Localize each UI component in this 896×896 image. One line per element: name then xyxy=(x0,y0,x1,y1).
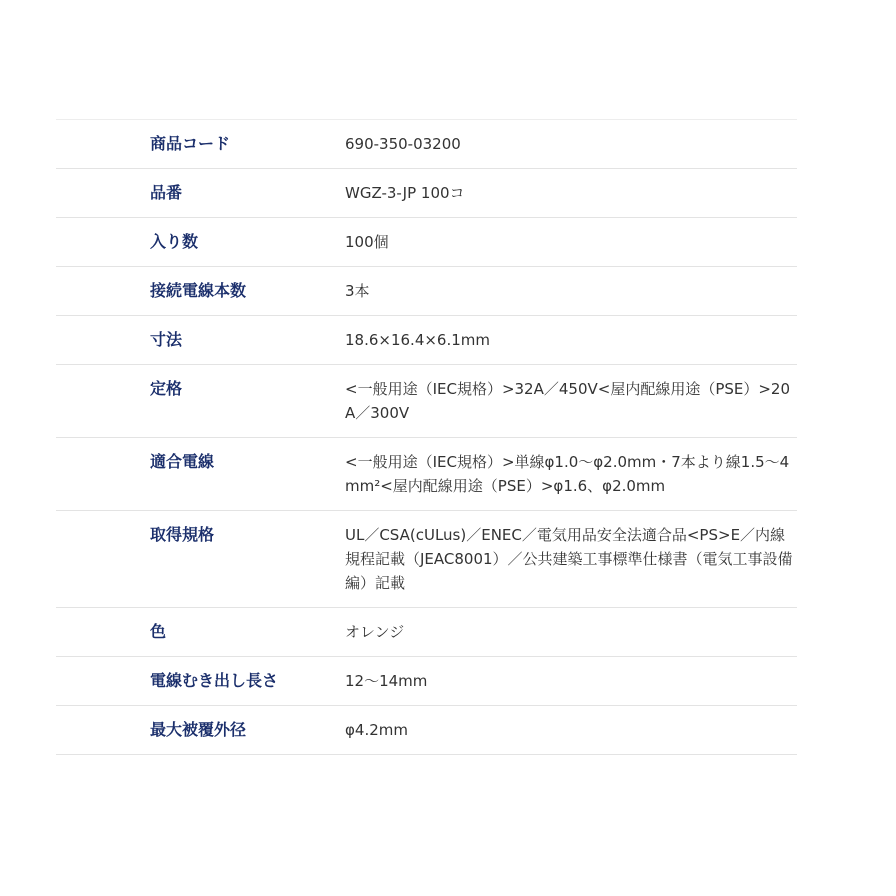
spec-value: 18.6×16.4×6.1mm xyxy=(345,316,797,364)
product-spec-page: 商品コード 690-350-03200 品番 WGZ-3-JP 100コ 入り数… xyxy=(0,0,896,896)
spec-label: 最大被覆外径 xyxy=(56,706,345,754)
spec-label: 入り数 xyxy=(56,218,345,266)
spec-row-certifications: 取得規格 UL／CSA(cULus)／ENEC／電気用品安全法適合品<PS>E／… xyxy=(56,511,797,608)
spec-value: φ4.2mm xyxy=(345,706,797,754)
spec-label: 色 xyxy=(56,608,345,656)
spec-label: 適合電線 xyxy=(56,438,345,486)
spec-row-product-code: 商品コード 690-350-03200 xyxy=(56,120,797,169)
spec-value: UL／CSA(cULus)／ENEC／電気用品安全法適合品<PS>E／内線規程記… xyxy=(345,511,797,607)
spec-row-compatible-wire: 適合電線 <一般用途（IEC規格）>単線φ1.0～φ2.0mm・7本より線1.5… xyxy=(56,438,797,511)
spec-row-quantity: 入り数 100個 xyxy=(56,218,797,267)
spec-row-max-sheath-diameter: 最大被覆外径 φ4.2mm xyxy=(56,706,797,755)
spec-row-dimensions: 寸法 18.6×16.4×6.1mm xyxy=(56,316,797,365)
spec-label: 品番 xyxy=(56,169,345,217)
spec-value: <一般用途（IEC規格）>32A／450V<屋内配線用途（PSE）>20A／30… xyxy=(345,365,797,437)
spec-value: WGZ-3-JP 100コ xyxy=(345,169,797,217)
spec-label: 取得規格 xyxy=(56,511,345,559)
spec-label: 定格 xyxy=(56,365,345,413)
product-spec-table: 商品コード 690-350-03200 品番 WGZ-3-JP 100コ 入り数… xyxy=(56,119,797,755)
spec-value: 3本 xyxy=(345,267,797,315)
spec-value: オレンジ xyxy=(345,608,797,656)
spec-label: 電線むき出し長さ xyxy=(56,657,345,705)
spec-label: 寸法 xyxy=(56,316,345,364)
spec-value: 12～14mm xyxy=(345,657,797,705)
spec-value: <一般用途（IEC規格）>単線φ1.0～φ2.0mm・7本より線1.5～4mm²… xyxy=(345,438,797,510)
spec-value: 100個 xyxy=(345,218,797,266)
spec-label: 商品コード xyxy=(56,120,345,168)
spec-row-wire-count: 接続電線本数 3本 xyxy=(56,267,797,316)
spec-value: 690-350-03200 xyxy=(345,120,797,168)
spec-row-rating: 定格 <一般用途（IEC規格）>32A／450V<屋内配線用途（PSE）>20A… xyxy=(56,365,797,438)
spec-row-part-number: 品番 WGZ-3-JP 100コ xyxy=(56,169,797,218)
spec-label: 接続電線本数 xyxy=(56,267,345,315)
spec-row-strip-length: 電線むき出し長さ 12～14mm xyxy=(56,657,797,706)
spec-row-color: 色 オレンジ xyxy=(56,608,797,657)
